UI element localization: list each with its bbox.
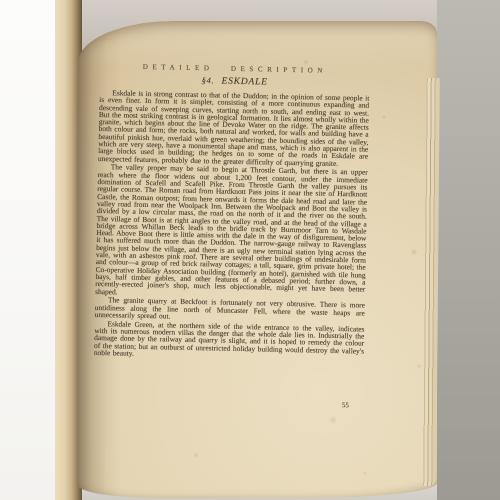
printed-text-block: DETAILED DESCRIPTION §4.ESKDALE Eskdale …: [92, 62, 369, 428]
page-number: 55: [342, 401, 349, 409]
section-number: §4.: [201, 75, 214, 85]
body-paragraph-2: The valley proper may be said to begin a…: [95, 163, 368, 300]
photo-background-left: [0, 0, 57, 500]
body-copy: Eskdale is in strong contrast to that of…: [94, 89, 370, 362]
section-heading: §4.ESKDALE: [100, 73, 370, 90]
section-title: ESKDALE: [221, 77, 267, 88]
body-paragraph-1: Eskdale is in strong contrast to that of…: [98, 89, 369, 168]
body-paragraph-4: Eskdale Green, at the northern side of t…: [94, 320, 365, 362]
photo-background-right: [437, 0, 500, 500]
